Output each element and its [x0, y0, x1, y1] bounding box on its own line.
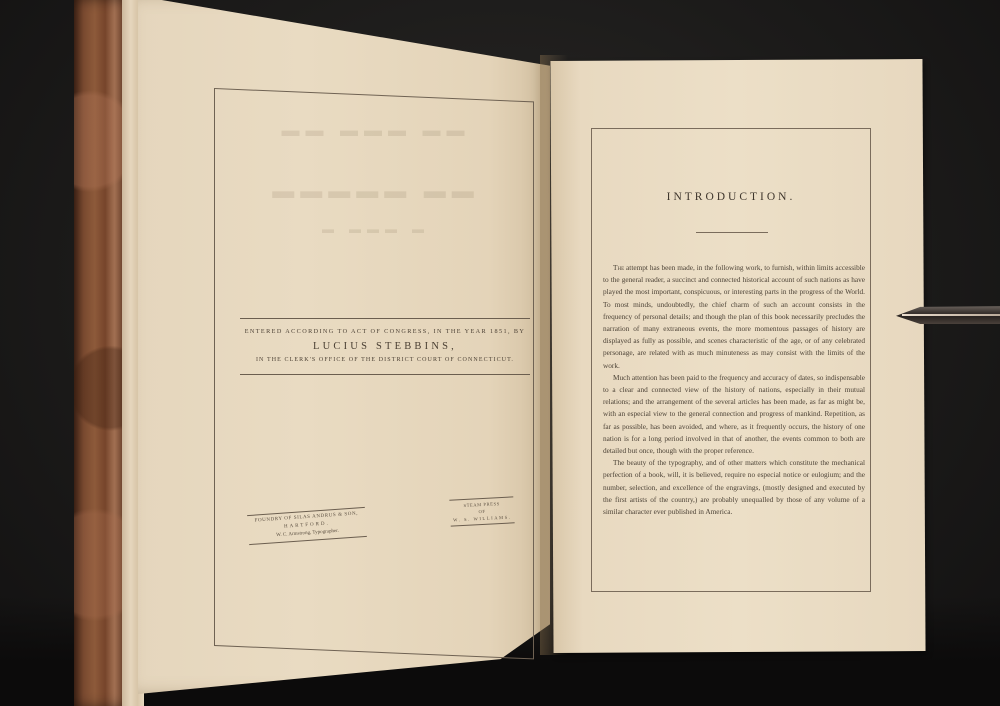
- copyright-holder: LUCIUS STEBBINS,: [240, 341, 530, 352]
- bleed-through-text: ▬ ▬▬▬ ▬: [226, 222, 526, 237]
- paragraph-text: Much attention has been paid to the freq…: [603, 373, 865, 455]
- page-title: INTRODUCTION.: [591, 191, 871, 203]
- introduction-text: The attempt has been made, in the follow…: [603, 262, 865, 518]
- leather-spine: [74, 0, 126, 706]
- copyright-office-line: In the Clerk's Office of the District Co…: [240, 357, 530, 363]
- copyright-entered-line: Entered according to Act of Congress, in…: [240, 328, 530, 335]
- bleed-through-text: ▬▬ ▬▬▬ ▬▬: [226, 120, 526, 141]
- copyright-notice: Entered according to Act of Congress, in…: [240, 318, 530, 375]
- title-rule: [696, 232, 768, 233]
- paragraph: The attempt has been made, in the follow…: [603, 262, 865, 372]
- divider: [240, 318, 530, 319]
- bleed-through-text: ▬▬▬▬▬ ▬▬: [226, 178, 526, 204]
- press-imprint: Steam Press of W. S. WILLIAMS.: [449, 496, 514, 526]
- paragraph: The beauty of the typography, and of oth…: [603, 457, 865, 518]
- lead-word: The: [613, 263, 624, 272]
- divider: [240, 374, 530, 375]
- paragraph-text: attempt has been made, in the following …: [603, 263, 865, 370]
- paragraph-text: The beauty of the typography, and of oth…: [603, 458, 865, 516]
- paragraph: Much attention has been paid to the freq…: [603, 372, 865, 457]
